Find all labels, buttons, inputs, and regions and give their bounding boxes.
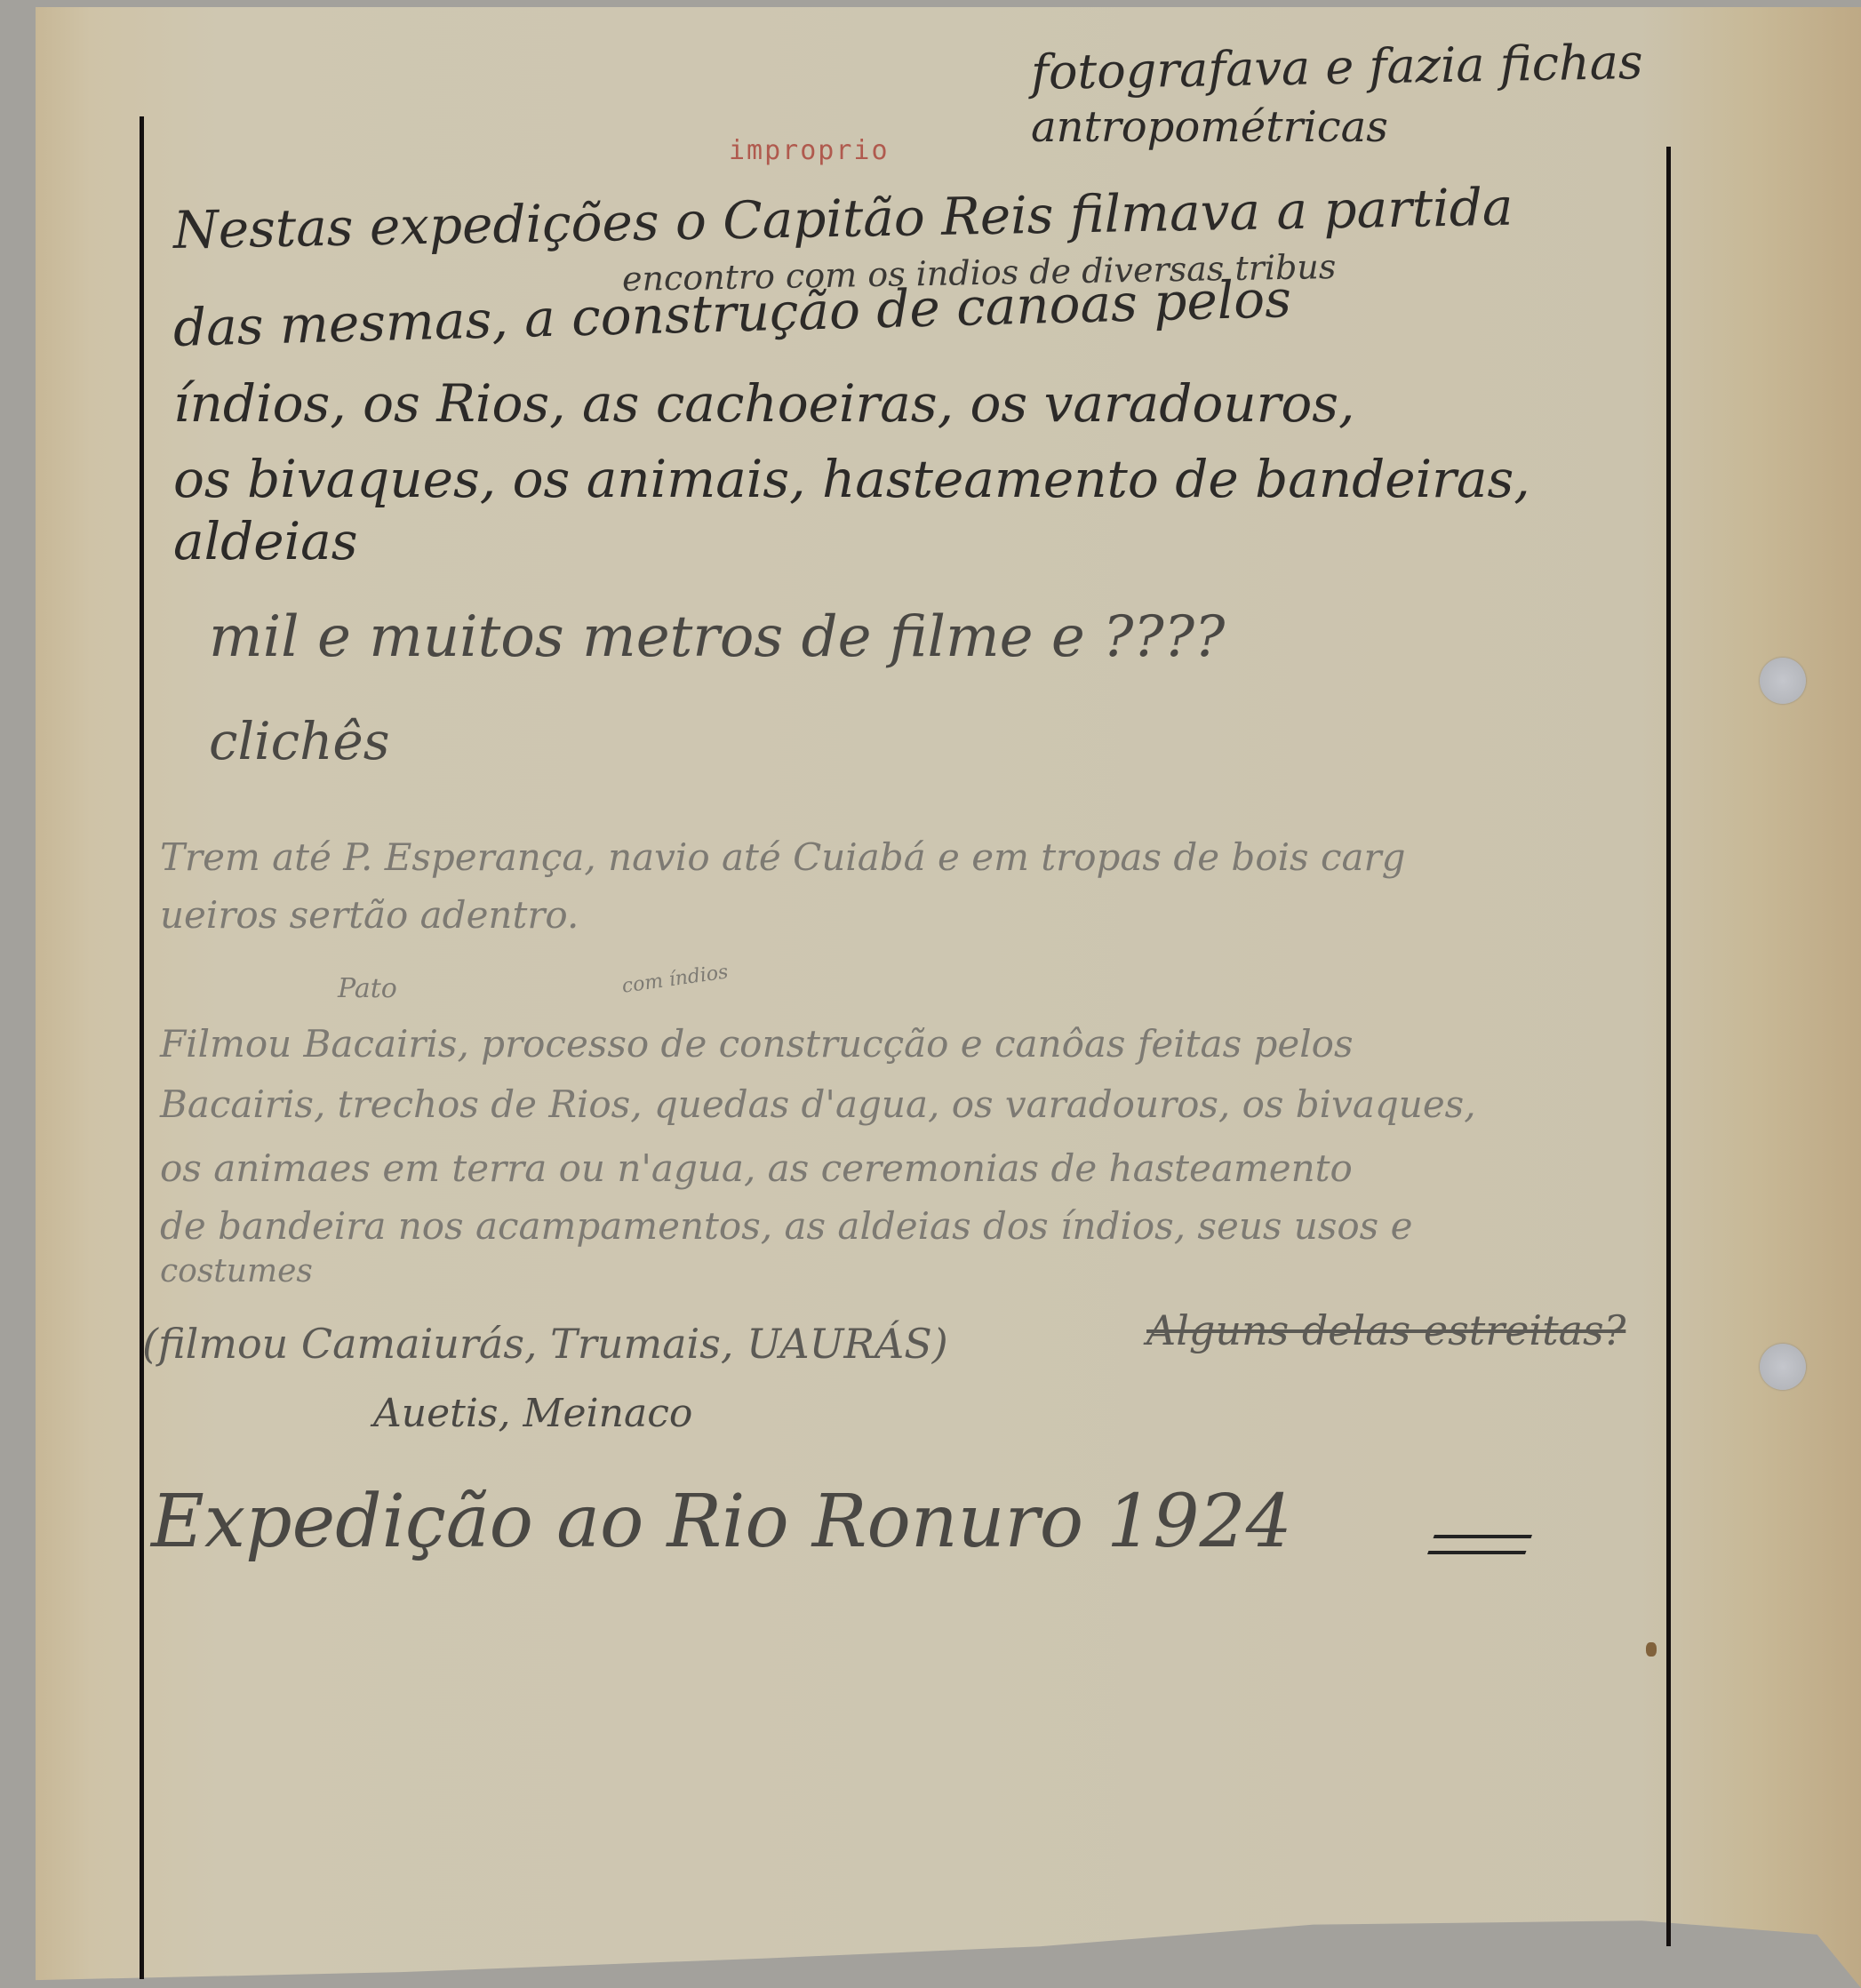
paragraph3-line-1: Trem até P. Esperança, navio até Cuiabá … — [160, 835, 1405, 879]
paragraph4-line-3: os animaes em terra ou n'agua, as ceremo… — [160, 1146, 1353, 1190]
paragraph3-line-2: ueiros sertão adentro. — [160, 893, 579, 937]
paragraph5-line-2: Auetis, Meinaco — [373, 1391, 692, 1436]
margin-note-line-2: antropométricas — [1031, 102, 1388, 152]
paragraph4-line-4: de bandeira nos acampamentos, as aldeias… — [160, 1204, 1412, 1248]
punch-hole-icon — [1760, 658, 1806, 704]
paragraph1-line-4: os bivaques, os animais, hasteamento de … — [173, 449, 1530, 509]
paragraph4-line-2: Bacairis, trechos de Rios, quedas d'agua… — [160, 1082, 1476, 1126]
paragraph5-struck-text: Alguns delas estreitas? — [1146, 1306, 1625, 1354]
paragraph1-line-5: aldeias — [173, 511, 357, 571]
right-margin-rule — [1666, 147, 1671, 1946]
paragraph4-line-5: costumes — [160, 1253, 313, 1289]
paragraph1-line-3: índios, os Rios, as cachoeiras, os varad… — [173, 373, 1354, 434]
left-margin-rule — [140, 116, 144, 1979]
stain-mark — [1646, 1642, 1657, 1657]
typed-stamp: improprio — [729, 135, 890, 166]
margin-note-line-1: fotografava e fazia fichas — [1030, 34, 1643, 100]
double-underline-mark — [1427, 1535, 1532, 1554]
punch-hole-icon — [1760, 1344, 1806, 1390]
expedition-heading: Expedição ao Rio Ronuro 1924 — [151, 1480, 1292, 1564]
paragraph4-insertion-pato: Pato — [338, 973, 397, 1004]
paragraph4-line-1: Filmou Bacairis, processo de construcção… — [160, 1022, 1354, 1066]
paragraph2-line-1: mil e muitos metros de filme e ???? — [209, 604, 1225, 670]
paragraph2-line-2: clichês — [209, 711, 390, 771]
paragraph5-line-1: (filmou Camaiurás, Trumais, UAURÁS) — [142, 1320, 948, 1368]
